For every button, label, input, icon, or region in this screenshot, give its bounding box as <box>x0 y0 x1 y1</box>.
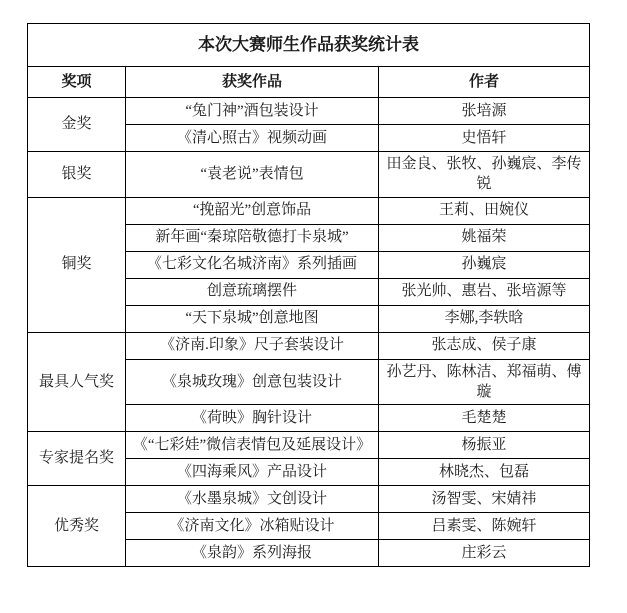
table-header-row: 奖项 获奖作品 作者 <box>28 67 590 98</box>
author-cell: 张志成、侯子康 <box>379 332 590 359</box>
author-cell: 史悟轩 <box>379 125 590 152</box>
award-category-cell: 最具人气奖 <box>28 332 126 432</box>
award-category-cell: 优秀奖 <box>28 486 126 567</box>
author-cell: 毛楚楚 <box>379 405 590 432</box>
work-cell: “天下泉城”创意地图 <box>126 305 379 332</box>
table-title: 本次大赛师生作品获奖统计表 <box>28 24 590 67</box>
table-row: 最具人气奖《济南.印象》尺子套装设计张志成、侯子康 <box>28 332 590 359</box>
work-cell: 《“七彩娃”微信表情包及延展设计》 <box>126 432 379 459</box>
page: 本次大赛师生作品获奖统计表 奖项 获奖作品 作者 金奖“兔门神”酒包装设计张培源… <box>0 0 627 613</box>
column-header-work: 获奖作品 <box>126 67 379 98</box>
work-cell: 《济南.印象》尺子套装设计 <box>126 332 379 359</box>
author-cell: 林晓杰、包磊 <box>379 459 590 486</box>
author-cell: 田金良、张牧、孙巍宸、李传锐 <box>379 152 590 198</box>
table-row: 银奖“袁老说”表情包田金良、张牧、孙巍宸、李传锐 <box>28 152 590 198</box>
column-header-award: 奖项 <box>28 67 126 98</box>
author-cell: 吕素雯、陈婉轩 <box>379 513 590 540</box>
table-row: 金奖“兔门神”酒包装设计张培源 <box>28 98 590 125</box>
work-cell: “挽韶光”创意饰品 <box>126 197 379 224</box>
award-category-cell: 专家提名奖 <box>28 432 126 486</box>
author-cell: 姚福荣 <box>379 224 590 251</box>
author-cell: 张培源 <box>379 98 590 125</box>
awards-table-body: 金奖“兔门神”酒包装设计张培源《清心照古》视频动画史悟轩银奖“袁老说”表情包田金… <box>28 98 590 567</box>
author-cell: 张光帅、惠岩、张培源等 <box>379 278 590 305</box>
author-cell: 庄彩云 <box>379 540 590 567</box>
work-cell: 《七彩文化名城济南》系列插画 <box>126 251 379 278</box>
award-category-cell: 铜奖 <box>28 197 126 332</box>
work-cell: “袁老说”表情包 <box>126 152 379 198</box>
award-category-cell: 金奖 <box>28 98 126 152</box>
table-row: 优秀奖《水墨泉城》文创设计汤智雯、宋婧祎 <box>28 486 590 513</box>
author-cell: 杨振亚 <box>379 432 590 459</box>
work-cell: 《荷映》胸针设计 <box>126 405 379 432</box>
work-cell: 《水墨泉城》文创设计 <box>126 486 379 513</box>
work-cell: 《济南文化》冰箱贴设计 <box>126 513 379 540</box>
work-cell: 《清心照古》视频动画 <box>126 125 379 152</box>
work-cell: 《泉城玫瑰》创意包装设计 <box>126 359 379 405</box>
work-cell: 《四海乘风》产品设计 <box>126 459 379 486</box>
work-cell: 《泉韵》系列海报 <box>126 540 379 567</box>
author-cell: 孙巍宸 <box>379 251 590 278</box>
award-category-cell: 银奖 <box>28 152 126 198</box>
column-header-author: 作者 <box>379 67 590 98</box>
author-cell: 王莉、田婉仪 <box>379 197 590 224</box>
work-cell: “兔门神”酒包装设计 <box>126 98 379 125</box>
work-cell: 创意琉璃摆件 <box>126 278 379 305</box>
awards-table: 本次大赛师生作品获奖统计表 奖项 获奖作品 作者 金奖“兔门神”酒包装设计张培源… <box>27 23 590 567</box>
author-cell: 李娜,李轶晗 <box>379 305 590 332</box>
table-row: 专家提名奖《“七彩娃”微信表情包及延展设计》杨振亚 <box>28 432 590 459</box>
table-title-row: 本次大赛师生作品获奖统计表 <box>28 24 590 67</box>
author-cell: 汤智雯、宋婧祎 <box>379 486 590 513</box>
work-cell: 新年画“秦琼陪敬德打卡泉城” <box>126 224 379 251</box>
table-row: 铜奖“挽韶光”创意饰品王莉、田婉仪 <box>28 197 590 224</box>
author-cell: 孙艺丹、陈林洁、郑福萌、傅璇 <box>379 359 590 405</box>
